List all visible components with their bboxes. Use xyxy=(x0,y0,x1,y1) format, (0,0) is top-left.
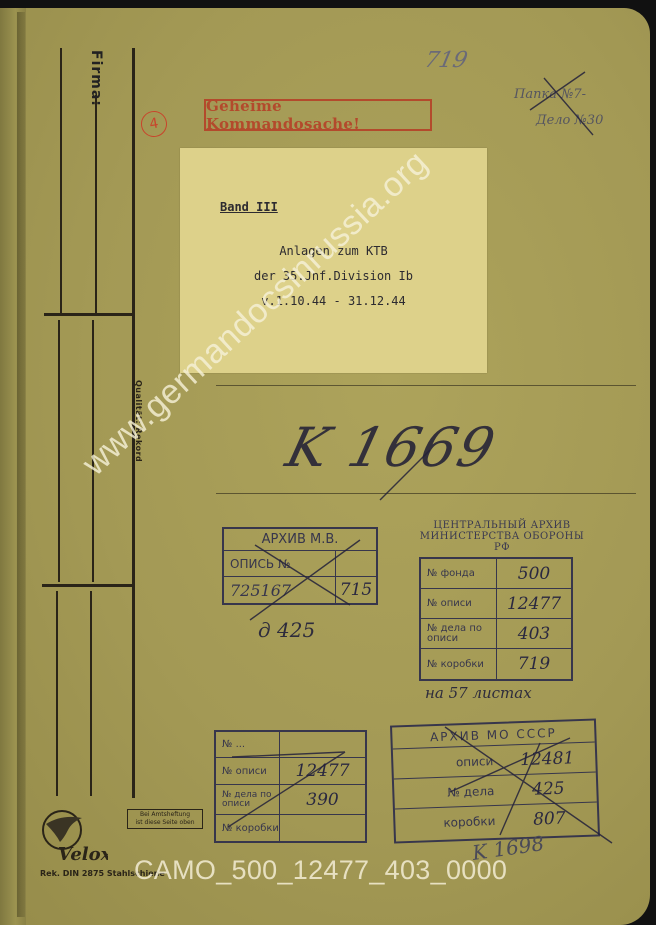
stamp-label: № коробки xyxy=(216,815,280,841)
stamp-label: № ... xyxy=(216,732,280,757)
stamp-row: ОПИСЬ № xyxy=(224,551,376,577)
ruled-line xyxy=(216,385,636,386)
binder-line xyxy=(56,591,58,796)
binder-line xyxy=(95,95,97,315)
small-archive-stamp: № ... № описи 12477 № дела по описи 390 … xyxy=(214,730,367,843)
crossed-ref-line: Папка №7- xyxy=(514,82,603,108)
mb-below-note: д 425 xyxy=(258,618,315,642)
stamp-row: № дела по описи 390 xyxy=(216,785,365,815)
binder-rail-bottom xyxy=(42,584,132,587)
stamp-value xyxy=(280,732,365,757)
label-line: v.1.10.44 - 31.12.44 xyxy=(180,294,487,308)
stamp-label: описи xyxy=(393,746,500,779)
central-archive-title: ЦЕНТРАЛЬНЫЙ АРХИВ МИНИСТЕРСТВА ОБОРОНЫ Р… xyxy=(412,520,592,553)
amt-line: Bei Amtsheftung xyxy=(128,811,202,819)
firma-label: Firma: xyxy=(88,50,104,107)
stamp-header: АРХИВ М.В. xyxy=(224,529,376,551)
label-line: der 35.Jnf.Division Ib xyxy=(180,269,487,283)
stamp-row: № описи 12477 xyxy=(216,758,365,785)
stamp-value: 12481 xyxy=(499,742,596,774)
stamp-value: 807 xyxy=(501,802,598,835)
central-archive-stamp: № фонда 500 № описи 12477 № дела по опис… xyxy=(419,557,573,681)
binder-line xyxy=(58,320,60,582)
stamp-label: ОПИСЬ № xyxy=(224,551,336,576)
binder-line xyxy=(60,48,62,313)
velox-logo-icon: Velox xyxy=(38,808,108,868)
stamp-label: № коробки xyxy=(421,649,497,679)
stamp-row: коробки 807 xyxy=(395,802,598,839)
title-line: МИНИСТЕРСТВА ОБОРОНЫ РФ xyxy=(412,531,592,553)
stamp-label: № дела по описи xyxy=(421,619,497,648)
stamp-value: 12477 xyxy=(497,589,571,618)
stamp-row: № коробки 719 xyxy=(421,649,571,679)
stamp-label: № дела по описи xyxy=(216,785,280,814)
sheets-note: на 57 листах xyxy=(425,684,532,702)
amtsheftung-box: Bei Amtsheftung ist diese Seite oben xyxy=(127,809,203,829)
stamp-label: № описи xyxy=(421,589,497,618)
stamp-row: № ... xyxy=(216,732,365,758)
stamp-row: № фонда 500 xyxy=(421,559,571,589)
stamp-value: 719 xyxy=(497,649,571,679)
band-title: Band III xyxy=(220,200,278,214)
stamp-value: 12477 xyxy=(280,758,365,784)
stamp-label: коробки xyxy=(395,806,502,840)
stamp-row: № дела по описи 403 xyxy=(421,619,571,649)
binder-line xyxy=(90,591,92,796)
stamp-row: 725167 715 xyxy=(224,577,376,603)
amt-line: ist diese Seite oben xyxy=(128,819,202,827)
stamp-value: 390 xyxy=(280,785,365,814)
stamp-row: № коробки xyxy=(216,815,365,841)
stamp-label: № фонда xyxy=(421,559,497,588)
handwritten-box-number: 719 xyxy=(422,48,469,73)
stamp-value: 425 xyxy=(500,772,597,804)
image-id-caption: CAMO_500_12477_403_0000 xyxy=(134,855,507,886)
crossed-ref-line: Дело №30 xyxy=(514,108,603,134)
stamp-value: 725167 xyxy=(224,577,336,603)
stamp-label: № дела xyxy=(394,776,501,809)
binder-rail-top xyxy=(44,313,132,316)
folder-crease xyxy=(17,12,25,917)
stamp-value xyxy=(336,551,376,576)
ussr-archive-stamp: АРХИВ МО СССР описи 12481 № дела 425 кор… xyxy=(390,718,600,843)
crossed-reference: Папка №7- Дело №30 xyxy=(514,82,603,134)
ruled-line xyxy=(216,493,636,494)
archive-mb-stamp: АРХИВ М.В. ОПИСЬ № 725167 715 xyxy=(222,527,378,605)
secret-stamp: Geheime Kommandosache! xyxy=(204,99,432,131)
stamp-value xyxy=(280,815,365,841)
stamp-row: № описи 12477 xyxy=(421,589,571,619)
stamp-value: 403 xyxy=(497,619,571,648)
svg-text:Velox: Velox xyxy=(58,844,108,865)
stamp-label: № описи xyxy=(216,758,280,784)
title-line: ЦЕНТРАЛЬНЫЙ АРХИВ xyxy=(412,520,592,531)
stamp-value: 715 xyxy=(336,577,376,603)
stamp-value: 500 xyxy=(497,559,571,588)
catalog-number: K 1669 xyxy=(280,416,503,479)
